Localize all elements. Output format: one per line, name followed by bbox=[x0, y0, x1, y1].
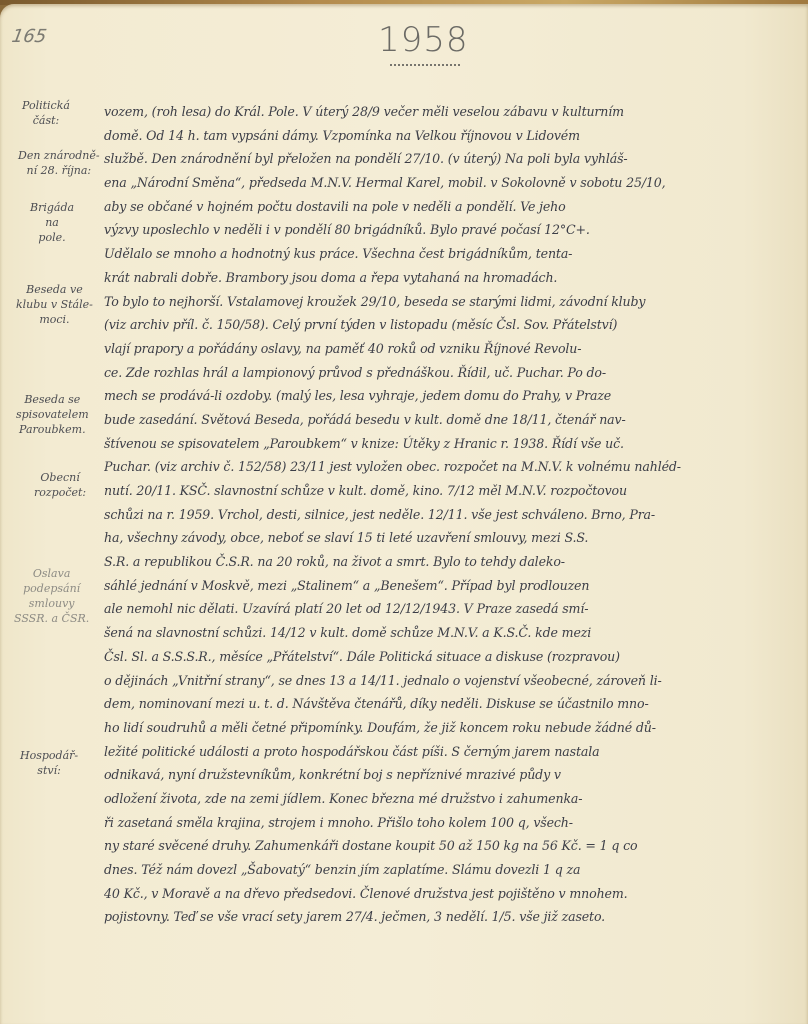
text-line: odložení života, zde na zemi jídlem. Kon… bbox=[104, 787, 734, 811]
text-line: schůzi na r. 1959. Vrchol, desti, silnic… bbox=[104, 503, 734, 527]
text-line: Udělalo se mnoho a hodnotný kus práce. V… bbox=[104, 242, 734, 266]
text-line: To bylo to nejhorší. Vstalamovej kroužek… bbox=[104, 290, 734, 314]
text-line: odnikavá, nyní družstevníkům, konkrétní … bbox=[104, 763, 734, 787]
chronicle-page: 165 1958 Politická část:Den znárodně- ní… bbox=[0, 4, 808, 1024]
text-line: vlají prapory a pořádány oslavy, na pamě… bbox=[104, 337, 734, 361]
text-line: sáhlé jednání v Moskvě, mezi „Stalinem“ … bbox=[104, 574, 734, 598]
text-line: mech se prodává-li ozdoby. (malý les, le… bbox=[104, 384, 734, 408]
margin-note-den-znarodneni: Den znárodně- ní 28. října: bbox=[18, 148, 100, 178]
page-number: 165 bbox=[10, 26, 48, 47]
text-line: dnes. Též nám dovezl „Šabovatý“ benzin j… bbox=[104, 858, 734, 882]
text-line: ale nemohl nic dělati. Uzavírá platí 20 … bbox=[104, 597, 734, 621]
margin-note-beseda-spisovatel: Beseda se spisovatelem Paroubkem. bbox=[16, 392, 89, 437]
text-line: domě. Od 14 h. tam vypsáni dámy. Vzpomín… bbox=[104, 124, 734, 148]
text-line: ny staré svěcené druhy. Zahumenkáři dost… bbox=[104, 834, 734, 858]
text-line: štívenou se spisovatelem „Paroubkem“ v k… bbox=[104, 432, 734, 456]
text-line: aby se občané v hojném počtu dostavili n… bbox=[104, 195, 734, 219]
text-line: šená na slavnostní schůzi. 14/12 v kult.… bbox=[104, 621, 734, 645]
year-underline bbox=[390, 60, 460, 66]
text-line: krát nabrali dobře. Brambory jsou doma a… bbox=[104, 266, 734, 290]
margin-note-beseda-klub: Beseda ve klubu v Stále- moci. bbox=[16, 282, 93, 327]
text-line: (viz archiv příl. č. 150/58). Celý první… bbox=[104, 313, 734, 337]
handwritten-body-text: vozem, (roh lesa) do Král. Pole. V úterý… bbox=[104, 100, 734, 929]
text-line: výzvy uposlechlo v neděli i v pondělí 80… bbox=[104, 218, 734, 242]
text-line: ha, všechny závody, obce, neboť se slaví… bbox=[104, 526, 734, 550]
text-line: Puchar. (viz archiv č. 152/58) 23/11 jes… bbox=[104, 455, 734, 479]
text-line: dem, nominovaní mezi u. t. d. Návštěva č… bbox=[104, 692, 734, 716]
text-line: Čsl. Sl. a S.S.S.R., měsíce „Přátelství“… bbox=[104, 645, 734, 669]
margin-note-politicka: Politická část: bbox=[22, 98, 70, 128]
margin-note-obecni-rozpocet: Obecní rozpočet: bbox=[34, 470, 86, 500]
text-line: bude zasedání. Světová Beseda, pořádá be… bbox=[104, 408, 734, 432]
text-line: ho lidí soudruhů a měli četné připomínky… bbox=[104, 716, 734, 740]
margin-note-brigada: Brigáda na pole. bbox=[30, 200, 74, 245]
text-line: S.R. a republikou Č.S.R. na 20 roků, na … bbox=[104, 550, 734, 574]
text-line: nutí. 20/11. KSČ. slavnostní schůze v ku… bbox=[104, 479, 734, 503]
text-line: 40 Kč., v Moravě a na dřevo předsedovi. … bbox=[104, 882, 734, 906]
text-line: ležité politické události a proto hospod… bbox=[104, 740, 734, 764]
text-line: ři zasetaná směla krajina, strojem i mno… bbox=[104, 811, 734, 835]
text-line: vozem, (roh lesa) do Král. Pole. V úterý… bbox=[104, 100, 734, 124]
text-line: pojistovny. Teď se vše vrací sety jarem … bbox=[104, 905, 734, 929]
year-heading: 1958 bbox=[378, 20, 469, 60]
text-line: ce. Zde rozhlas hrál a lampionový průvod… bbox=[104, 361, 734, 385]
margin-note-hospodarstvi: Hospodář- ství: bbox=[20, 748, 78, 778]
text-line: službě. Den znárodnění byl přeložen na p… bbox=[104, 147, 734, 171]
text-line: ena „Národní Směna“, předseda M.N.V. Her… bbox=[104, 171, 734, 195]
text-line: o dějinách „Vnitřní strany“, se dnes 13 … bbox=[104, 669, 734, 693]
margin-note-oslava-smlouvy: Oslava podepsání smlouvy SSSR. a ČSR. bbox=[14, 566, 89, 626]
